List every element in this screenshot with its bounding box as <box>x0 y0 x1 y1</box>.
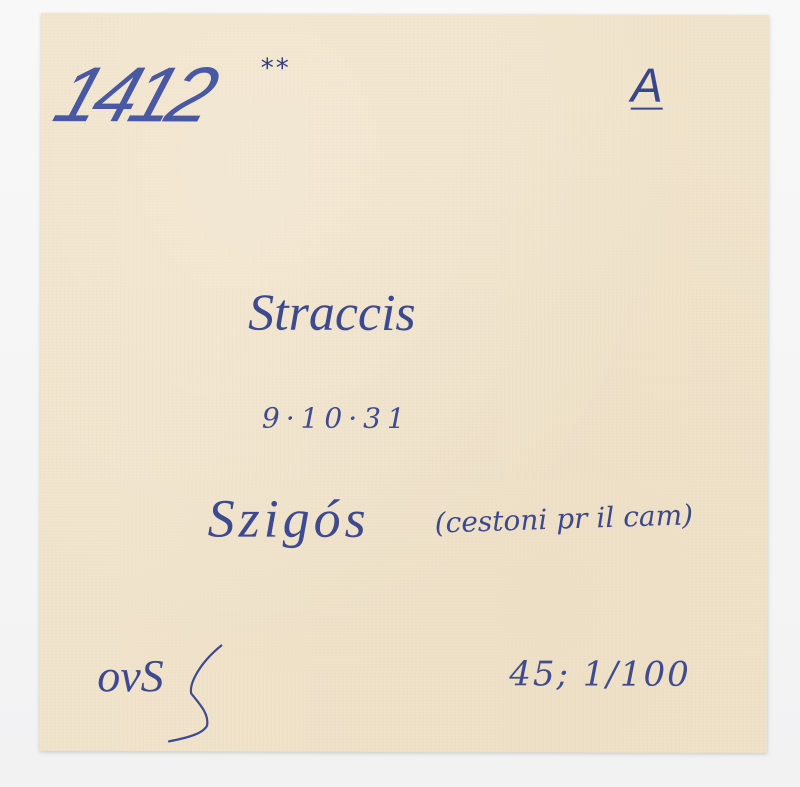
grade-letter: A <box>631 59 663 114</box>
collection-date: 9·10·31 <box>262 402 411 435</box>
specimen-label-card: 1412 ** A Straccis 9·10·31 Szigós (cesto… <box>39 13 769 753</box>
species-name: Straccis <box>248 284 416 343</box>
habitat-note: (cestoni pr il cam) <box>434 498 693 539</box>
photo-backdrop: 1412 ** A Straccis 9·10·31 Szigós (cesto… <box>0 0 800 787</box>
locality-name: Szigós <box>208 487 370 549</box>
catalog-number: 1412 <box>44 49 223 140</box>
quantity-note: 45; 1/100 <box>509 654 691 694</box>
star-marks-icon: ** <box>261 54 291 84</box>
signature-flourish-icon <box>129 633 249 743</box>
